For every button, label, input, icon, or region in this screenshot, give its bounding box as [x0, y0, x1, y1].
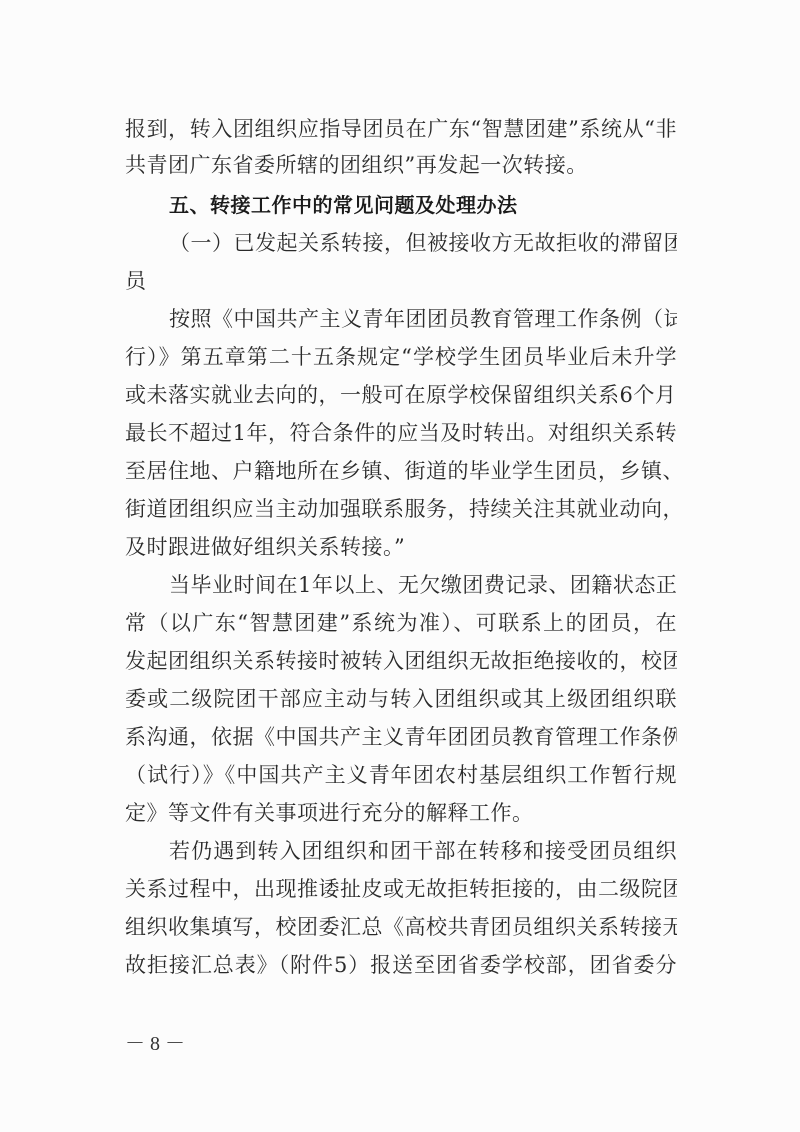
paragraph-line: 当毕业时间在1年以上、无欠缴团费记录、团籍状态正 — [169, 566, 677, 604]
paragraph-line: 最长不超过1年，符合条件的应当及时转出。对组织关系转 — [125, 414, 677, 452]
paragraph-line: 及时跟进做好组织关系转接。” — [125, 528, 677, 566]
paragraph-line: 若仍遇到转入团组织和团干部在转移和接受团员组织 — [169, 832, 677, 870]
paragraph-line: 按照《中国共产主义青年团团员教育管理工作条例（试 — [169, 300, 677, 338]
paragraph-line: 或未落实就业去向的，一般可在原学校保留组织关系6个月， — [125, 376, 677, 414]
section-heading: 五、转接工作中的常见问题及处理办法 — [169, 186, 677, 224]
paragraph-line: 报到，转入团组织应指导团员在广东“智慧团建”系统从“非 — [125, 110, 677, 148]
paragraph-line: 至居住地、户籍地所在乡镇、街道的毕业学生团员，乡镇、 — [125, 452, 677, 490]
paragraph-line: 关系过程中，出现推诿扯皮或无故拒转拒接的，由二级院团 — [125, 870, 677, 908]
paragraph-line: 组织收集填写，校团委汇总《高校共青团员组织关系转接无 — [125, 908, 677, 946]
paragraph-line: （试行）》《中国共产主义青年团农村基层组织工作暂行规 — [125, 756, 677, 794]
document-page: 报到，转入团组织应指导团员在广东“智慧团建”系统从“非 共青团广东省委所辖的团组… — [0, 0, 800, 1132]
page-number: － 8 － — [125, 1030, 185, 1058]
paragraph-line: 发起团组织关系转接时被转入团组织无故拒绝接收的，校团 — [125, 642, 677, 680]
paragraph-line: 系沟通，依据《中国共产主义青年团团员教育管理工作条例 — [125, 718, 677, 756]
paragraph-line: 共青团广东省委所辖的团组织”再发起一次转接。 — [125, 146, 677, 184]
paragraph-line: 常（以广东“智慧团建”系统为准）、可联系上的团员，在 — [125, 604, 677, 642]
paragraph-line: 定》等文件有关事项进行充分的解释工作。 — [125, 794, 677, 832]
paragraph-line: 故拒接汇总表》（附件5）报送至团省委学校部，团省委分 — [125, 946, 677, 984]
subsection-heading-cont: 员 — [125, 262, 677, 300]
paragraph-line: 街道团组织应当主动加强联系服务，持续关注其就业动向， — [125, 490, 677, 528]
paragraph-line: 委或二级院团干部应主动与转入团组织或其上级团组织联 — [125, 680, 677, 718]
subsection-heading: （一）已发起关系转接，但被接收方无故拒收的滞留团 — [169, 224, 677, 262]
paragraph-line: 行）》第五章第二十五条规定“学校学生团员毕业后未升学 — [125, 338, 677, 376]
